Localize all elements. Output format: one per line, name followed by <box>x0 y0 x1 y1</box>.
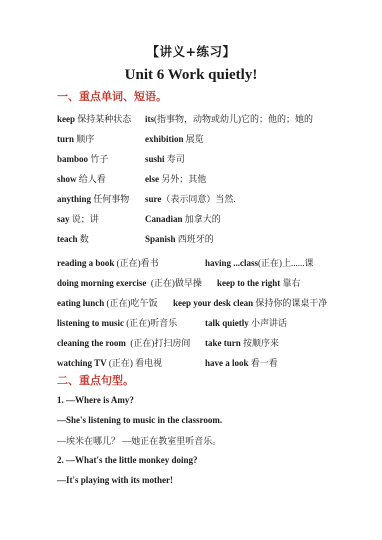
definition-text: 保持某种状态 <box>75 114 131 124</box>
term-text: having ...class <box>205 258 258 268</box>
definition-text: 寿司 <box>165 154 185 164</box>
definition-text: 另外；其他 <box>159 174 206 184</box>
phrase-row-right: keep your desk clean 保持你的课桌干净 <box>173 296 346 309</box>
definition-text: 保持你的课桌干净 <box>253 298 327 308</box>
term-text: turn <box>57 134 74 144</box>
vocab-row-left: show 给人看 <box>57 172 145 185</box>
vocab-row-left: bamboo 竹子 <box>57 152 145 165</box>
document-page: 【讲义+练习】 Unit 6 Work quietly! 一、重点单词、短语。 … <box>0 0 382 540</box>
definition-text: 顺序 <box>74 134 94 144</box>
vocab-row-right: Spanish 西班牙的 <box>145 232 346 245</box>
term-text: listening to music <box>57 318 124 328</box>
definition-text: (正在)打扫房间 <box>126 338 191 348</box>
document-content: 一、重点单词、短语。 keep 保持某种状态its(指事物，动物或幼儿)它的；他… <box>57 90 346 490</box>
vocab-row: show 给人看else 另外；其他 <box>57 168 346 188</box>
definition-text: 展览 <box>184 134 204 144</box>
term-text: keep your desk clean <box>173 298 253 308</box>
phrase-row: listening to music (正在)听音乐talk quietly 小… <box>57 312 346 332</box>
phrase-row: reading a book (正在)看书having ...class(正在)… <box>57 252 346 272</box>
term-text: keep <box>57 114 75 124</box>
term-text: doing morning exercise <box>57 278 146 288</box>
vocab-row-left: keep 保持某种状态 <box>57 112 145 125</box>
sentence-list: 1. —Where is Amy?—She's listening to mus… <box>57 390 346 490</box>
term-text: sure <box>145 194 161 204</box>
sentence-line: —It's playing with its mother! <box>57 470 346 490</box>
definition-text: 按顺序来 <box>241 338 279 348</box>
unit-title: Unit 6 Work quietly! <box>0 66 382 84</box>
phrase-row-right: keep to the right 靠右 <box>217 276 346 289</box>
term-text: watching TV <box>57 358 107 368</box>
vocab-row: say 说；讲Canadian 加拿大的 <box>57 208 346 228</box>
definition-text: 说；讲 <box>70 214 99 224</box>
term-text: have a look <box>205 358 249 368</box>
term-text: else <box>145 174 159 184</box>
sentence-line: —埃米在哪儿？ —她正在教室里听音乐。 <box>57 430 346 450</box>
definition-text: (正在)做早操 <box>146 278 202 288</box>
term-text: cleaning the room <box>57 338 126 348</box>
definition-text: 小声讲话 <box>249 318 287 328</box>
definition-text: 加拿大的 <box>183 214 221 224</box>
term-text: reading a book <box>57 258 114 268</box>
phrase-row-left: watching TV (正在) 看电视 <box>57 356 205 369</box>
term-text: bamboo <box>57 154 88 164</box>
phrase-row: cleaning the room (正在)打扫房间take turn 按顺序来 <box>57 332 346 352</box>
term-text: teach <box>57 234 78 244</box>
definition-text: 任何事物 <box>91 194 129 204</box>
vocab-row-right: sure（表示同意）当然. <box>145 192 346 205</box>
vocab-row: anything 任何事物sure（表示同意）当然. <box>57 188 346 208</box>
phrase-row-right: talk quietly 小声讲话 <box>205 316 346 329</box>
sentence-line: 2. —What's the little monkey doing? <box>57 450 346 470</box>
vocab-row-right: its(指事物，动物或幼儿)它的；他的；她的 <box>145 112 346 125</box>
definition-text: (正在)听音乐 <box>124 318 177 328</box>
term-text: keep to the right <box>217 278 280 288</box>
section-heading-words: 一、重点单词、短语。 <box>57 90 346 104</box>
phrase-row: eating lunch (正在)吃午饭keep your desk clean… <box>57 292 346 312</box>
section-heading-sentences: 二、重点句型。 <box>57 374 346 388</box>
term-text: talk quietly <box>205 318 249 328</box>
vocab-row-left: anything 任何事物 <box>57 192 145 205</box>
vocab-row: turn 顺序exhibition 展览 <box>57 128 346 148</box>
definition-text: (正在)看书 <box>114 258 158 268</box>
vocab-row: teach 数Spanish 西班牙的 <box>57 228 346 248</box>
definition-text: (正在)吃午饭 <box>104 298 157 308</box>
phrase-row-right: take turn 按顺序来 <box>205 336 346 349</box>
phrase-row-left: doing morning exercise (正在)做早操 <box>57 276 217 289</box>
definition-text: (正在) 看电视 <box>107 358 163 368</box>
vocab-row: bamboo 竹子sushi 寿司 <box>57 148 346 168</box>
term-text: take turn <box>205 338 241 348</box>
vocab-row: keep 保持某种状态its(指事物，动物或幼儿)它的；他的；她的 <box>57 108 346 128</box>
phrase-row: watching TV (正在) 看电视have a look 看一看 <box>57 352 346 372</box>
vocab-row-right: Canadian 加拿大的 <box>145 212 346 225</box>
term-text: Canadian <box>145 214 183 224</box>
phrase-row-left: cleaning the room (正在)打扫房间 <box>57 336 205 349</box>
term-text: say <box>57 214 70 224</box>
definition-text: (正在)上......课 <box>258 258 314 268</box>
definition-text: (指事物，动物或幼儿)它的；他的；她的 <box>154 114 313 124</box>
definition-text: （表示同意）当然. <box>161 194 235 204</box>
term-text: Spanish <box>145 234 176 244</box>
definition-text: 竹子 <box>88 154 108 164</box>
definition-text: 数 <box>78 234 89 244</box>
phrase-row-left: eating lunch (正在)吃午饭 <box>57 296 173 309</box>
vocab-row-left: teach 数 <box>57 232 145 245</box>
term-text: eating lunch <box>57 298 104 308</box>
sentence-line: —She's listening to music in the classro… <box>57 410 346 430</box>
phrase-row-right: have a look 看一看 <box>205 356 346 369</box>
phrase-list: reading a book (正在)看书having ...class(正在)… <box>57 252 346 372</box>
term-text: its <box>145 114 154 124</box>
tag-title: 【讲义+练习】 <box>0 44 382 60</box>
vocab-row-left: turn 顺序 <box>57 132 145 145</box>
definition-text: 看一看 <box>249 358 278 368</box>
term-text: anything <box>57 194 91 204</box>
phrase-row-left: listening to music (正在)听音乐 <box>57 316 205 329</box>
term-text: show <box>57 174 77 184</box>
vocab-row-left: say 说；讲 <box>57 212 145 225</box>
phrase-row: doing morning exercise (正在)做早操keep to th… <box>57 272 346 292</box>
vocab-list: keep 保持某种状态its(指事物，动物或幼儿)它的；他的；她的turn 顺序… <box>57 108 346 248</box>
definition-text: 给人看 <box>77 174 106 184</box>
definition-text: 西班牙的 <box>176 234 214 244</box>
sentence-line: 1. —Where is Amy? <box>57 390 346 410</box>
phrase-row-right: having ...class(正在)上......课 <box>205 256 346 269</box>
vocab-row-right: exhibition 展览 <box>145 132 346 145</box>
term-text: exhibition <box>145 134 184 144</box>
phrase-row-left: reading a book (正在)看书 <box>57 256 205 269</box>
vocab-row-right: else 另外；其他 <box>145 172 346 185</box>
definition-text: 靠右 <box>280 278 300 288</box>
vocab-row-right: sushi 寿司 <box>145 152 346 165</box>
term-text: sushi <box>145 154 165 164</box>
